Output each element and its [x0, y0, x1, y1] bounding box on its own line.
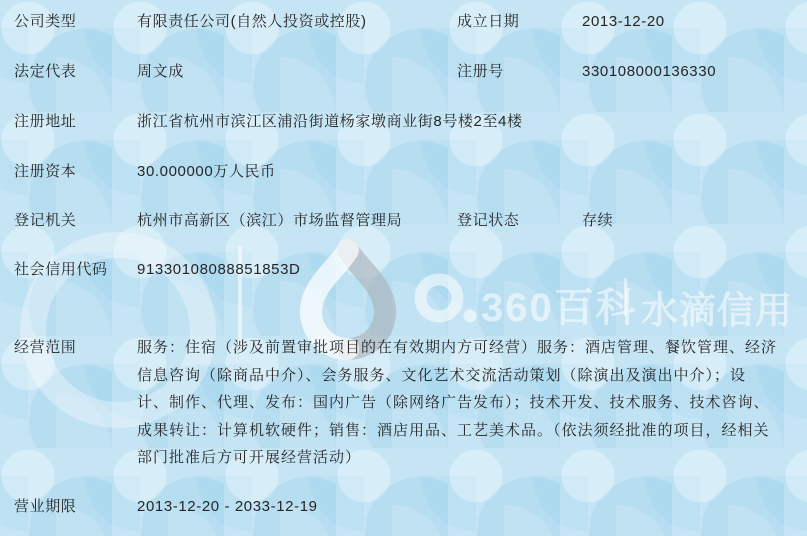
field-value: 91330108088851853D — [137, 260, 793, 280]
field-value-line: 部门批准后方可开展经营活动） — [137, 448, 361, 468]
field-label: 公司类型 — [14, 12, 126, 32]
field-value: 浙江省杭州市滨江区浦沿街道杨家墩商业街8号楼2至4楼 — [137, 112, 793, 132]
brand-360baike: 360百科 — [481, 276, 638, 333]
field-value: 30.000000万人民币 — [137, 162, 793, 182]
field-value: 2013-12-20 - 2033-12-19 — [137, 497, 793, 517]
field-value-line: 计、制作、代理、发布：国内广告（除网络广告发布）；技术开发、技术服务、技术咨询、 — [137, 393, 770, 413]
field-label: 注册地址 — [14, 112, 126, 132]
field-label: 社会信用代码 — [14, 255, 126, 285]
field-value: 330108000136330 — [582, 62, 797, 82]
brand-separator — [624, 278, 627, 316]
field-value: 存续 — [582, 211, 797, 231]
company-info-card: 360百科 水滴信用 公司类型 有限责任公司(自然人投资或控股) 成立日期 20… — [0, 0, 807, 536]
field-value-line: 服务：住宿（涉及前置审批项目的在有效期内方可经营）服务：酒店管理、餐饮管理、经济 — [137, 338, 777, 358]
field-label: 经营范围 — [14, 338, 126, 358]
field-label: 法定代表 — [14, 62, 126, 82]
field-label: 注册资本 — [14, 162, 126, 182]
field-label: 成立日期 — [457, 12, 577, 32]
field-value: 2013-12-20 — [582, 12, 797, 32]
field-label: 注册号 — [457, 62, 577, 82]
field-label: 登记状态 — [457, 211, 577, 231]
field-label: 登记机关 — [14, 211, 126, 231]
field-label: 营业期限 — [14, 497, 126, 517]
brand-shuidi: 水滴信用 — [641, 280, 793, 334]
field-value-line: 信息咨询（除商品中介）、会务服务、文化艺术交流活动策划（除演出及演出中介）；设 — [137, 366, 746, 386]
field-value-line: 成果转让：计算机软硬件；销售：酒店用品、工艺美术品。（依法须经批准的项目，经相关 — [137, 421, 770, 441]
